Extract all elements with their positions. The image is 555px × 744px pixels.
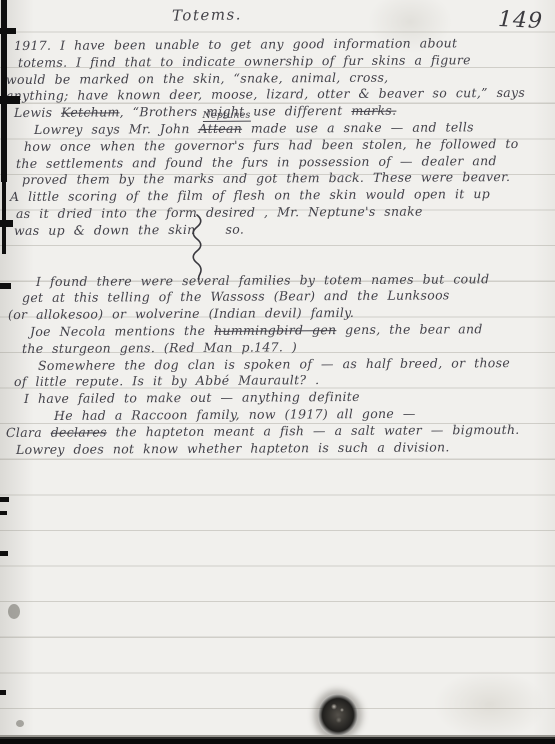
handwritten-text: I found there were several families by t… (36, 271, 489, 289)
notebook-page: Totems. 149 1917. I have been unable to … (0, 0, 555, 744)
handwritten-text: so. (225, 221, 244, 236)
manuscript-line: totems. I find that to indicate ownershi… (18, 52, 471, 70)
manuscript-line: was up & down the skinso. (14, 221, 244, 237)
handwritten-text: 1917. I have been unable to get any good… (14, 35, 457, 53)
handwritten-text: the hapteton meant a fish — a salt water… (107, 422, 520, 440)
edge-smudge (8, 604, 20, 619)
struck-text: marks. (351, 103, 396, 118)
handwritten-text: anything; have known deer, moose, lizard… (6, 85, 525, 103)
manuscript-line: anything; have known deer, moose, lizard… (6, 85, 525, 103)
handwritten-text: He had a Raccoon family, now (1917) all … (54, 406, 416, 423)
binding-stub (0, 283, 11, 289)
handwritten-text: get at this telling of the Wassoss (Bear… (22, 288, 450, 306)
page-bottom-edge (0, 735, 555, 744)
handwritten-text: Lewis (14, 105, 61, 120)
snake-mark-icon (188, 213, 206, 281)
manuscript-line: I found there were several families by t… (36, 271, 489, 289)
handwritten-text: Clara (6, 425, 51, 440)
handwritten-text: gens, the bear and (336, 321, 482, 337)
handwritten-text: would be marked on the skin, “snake, ani… (6, 69, 389, 86)
handwritten-text: the settlements and found the furs in po… (16, 153, 497, 171)
manuscript-line: He had a Raccoon family, now (1917) all … (54, 406, 416, 423)
handwritten-text: the sturgeon gens. (Red Man p.147. ) (22, 339, 297, 356)
manuscript-line: 1917. I have been unable to get any good… (14, 35, 457, 53)
manuscript-line: would be marked on the skin, “snake, ani… (6, 69, 389, 86)
handwritten-text: Lowrey says Mr. John (34, 121, 199, 137)
struck-text: hummingbird gen (214, 322, 336, 338)
manuscript-line: Joe Necola mentions the hummingbird gen … (30, 321, 483, 339)
manuscript-line: Clara declares the hapteton meant a fish… (6, 422, 520, 440)
handwritten-text: made use a snake — and tells (242, 119, 474, 135)
struck-text: AtteanNeptunes (198, 121, 242, 136)
struck-text: declares (51, 424, 107, 439)
manuscript-line: the sturgeon gens. (Red Man p.147. ) (22, 339, 297, 356)
page-number: 149 (497, 7, 543, 34)
handwritten-text: Joe Necola mentions the (30, 323, 214, 339)
manuscript-line: Somewhere the dog clan is spoken of — as… (38, 355, 510, 373)
binding-stub (0, 220, 13, 227)
manuscript-line: get at this telling of the Wassoss (Bear… (22, 288, 450, 306)
binding-stub (0, 28, 16, 34)
binding-stub (0, 551, 8, 556)
binding-edge (2, 182, 6, 254)
page-title: Totems. (172, 5, 242, 24)
ink-blot (318, 694, 358, 736)
manuscript-line: how once when the governor's furs had be… (24, 136, 519, 154)
handwritten-text: how once when the governor's furs had be… (24, 136, 519, 154)
binding-stub (0, 96, 20, 104)
manuscript-line: the settlements and found the furs in po… (16, 153, 497, 171)
handwritten-text: totems. I find that to indicate ownershi… (18, 52, 471, 70)
manuscript-line: I have failed to make out — anything def… (24, 389, 360, 406)
binding-stub (0, 497, 9, 502)
handwritten-text: (or allokesoo) or wolverine (Indian devi… (8, 305, 354, 322)
manuscript-line: as it dried into the form desired , Mr. … (16, 204, 423, 221)
manuscript-line: A little scoring of the film of flesh on… (10, 186, 490, 204)
handwritten-text: proved them by the marks and got them ba… (22, 169, 510, 187)
struck-text: Ketchum (61, 105, 120, 120)
handwritten-text: was up & down the skin (14, 222, 196, 238)
manuscript-line: of little repute. Is it by Abbé Maurault… (14, 373, 320, 390)
handwritten-text: as it dried into the form desired , Mr. … (16, 204, 423, 221)
binding-stub (0, 690, 6, 695)
inserted-word: Neptunes (202, 111, 250, 122)
binding-stub (0, 511, 7, 515)
edge-smudge (16, 720, 24, 727)
manuscript-line: Lowrey says Mr. John AtteanNeptunes made… (34, 119, 474, 137)
handwritten-text: I have failed to make out — anything def… (24, 389, 360, 406)
manuscript-line: proved them by the marks and got them ba… (22, 169, 510, 187)
handwritten-text: A little scoring of the film of flesh on… (10, 186, 490, 204)
manuscript-line: (or allokesoo) or wolverine (Indian devi… (8, 305, 354, 322)
handwritten-text: of little repute. Is it by Abbé Maurault… (14, 373, 320, 390)
manuscript-line: Lowrey does not know whether hapteton is… (16, 439, 450, 457)
handwritten-text: Lowrey does not know whether hapteton is… (16, 439, 450, 457)
handwritten-text: Somewhere the dog clan is spoken of — as… (38, 355, 510, 373)
